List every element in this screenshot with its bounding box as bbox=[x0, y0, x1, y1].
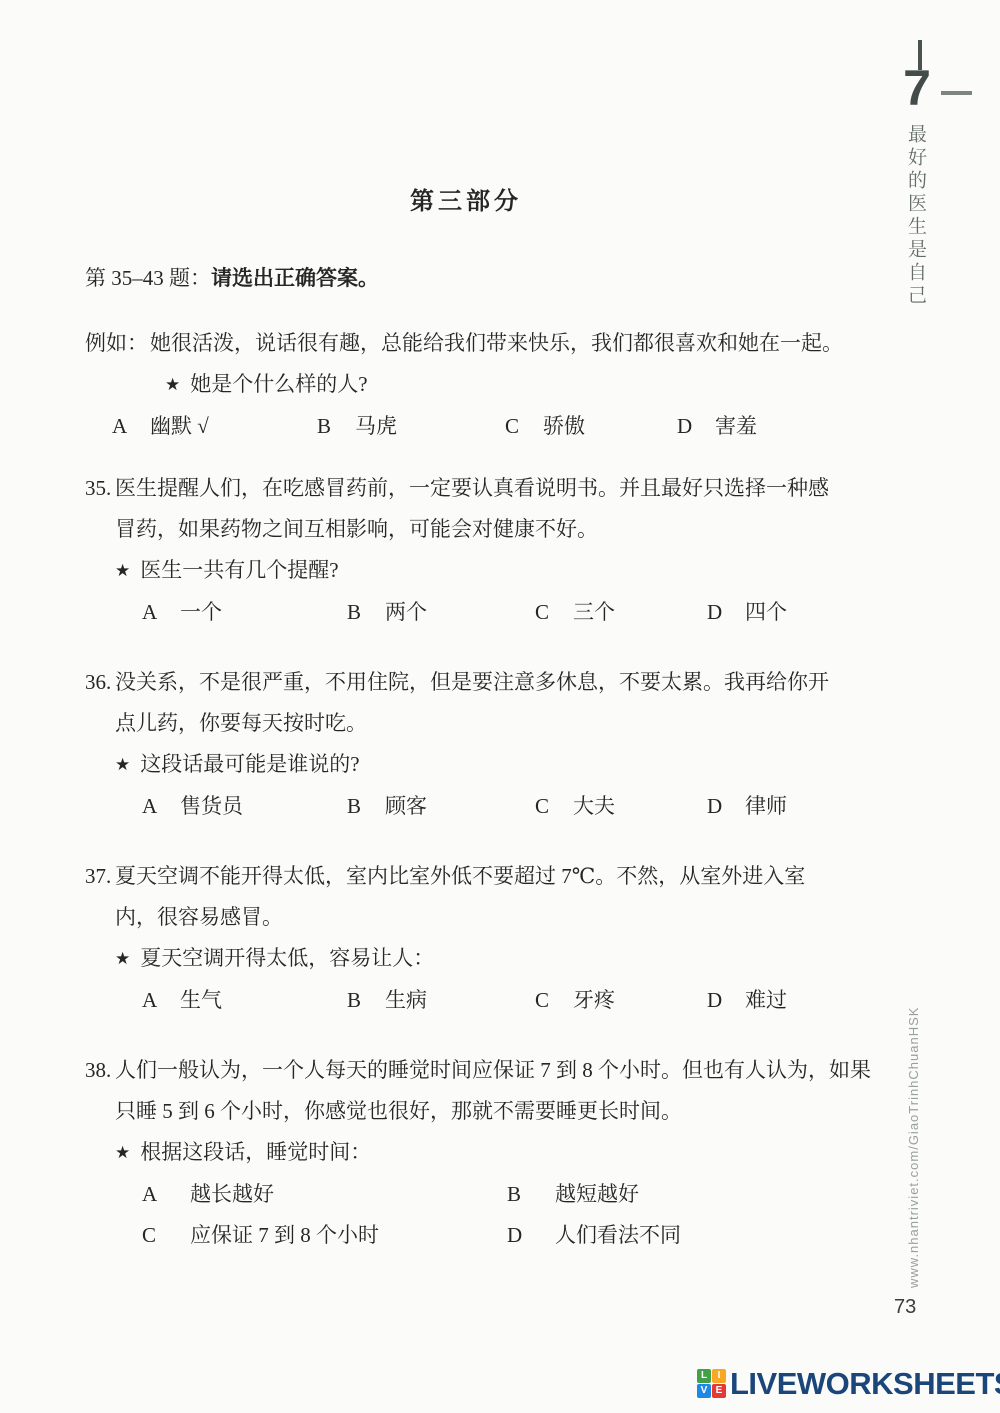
question-35-number: 35. bbox=[85, 468, 115, 633]
chapter-number: 7 bbox=[899, 60, 935, 116]
question-35: 35. 医生提醒人们，在吃感冒药前，一定要认真看说明书。并且最好只选择一种感冒药… bbox=[85, 468, 847, 633]
question-36-option-d[interactable]: D律师 bbox=[707, 786, 787, 827]
section-title: 第三部分 bbox=[85, 182, 847, 223]
question-38-option-c[interactable]: C应保证 7 到 8 个小时 bbox=[142, 1215, 507, 1256]
example-block: 例如： 她很活泼，说话很有趣，总能给我们带来快乐，我们都很喜欢和她在一起。 ★她… bbox=[85, 323, 847, 447]
question-35-passage: 医生提醒人们，在吃感冒药前，一定要认真看说明书。并且最好只选择一种感冒药，如果药… bbox=[115, 468, 847, 550]
question-35-option-d[interactable]: D四个 bbox=[707, 592, 787, 633]
question-37-passage: 夏天空调不能开得太低，室内比室外低不要超过 7℃。不然，从室外进入室内，很容易感… bbox=[115, 856, 847, 938]
instructions-line: 第 35–43 题：请选出正确答案。 bbox=[85, 258, 847, 299]
question-38: 38. 人们一般认为，一个人每天的睡觉时间应保证 7 到 8 个小时。但也有人认… bbox=[85, 1050, 847, 1256]
liveworksheets-wordmark: LIVEWORKSHEETS bbox=[730, 1368, 1000, 1399]
star-icon: ★ bbox=[115, 561, 130, 580]
question-36: 36. 没关系，不是很严重，不用住院，但是要注意多休息，不要太累。我再给你开点儿… bbox=[85, 662, 847, 827]
question-35-question: 医生一共有几个提醒? bbox=[140, 558, 338, 582]
star-icon: ★ bbox=[115, 755, 130, 774]
example-question-line: ★她是个什么样的人? bbox=[85, 364, 847, 406]
question-36-option-a[interactable]: A售货员 bbox=[142, 786, 347, 827]
question-35-question-line: ★医生一共有几个提醒? bbox=[115, 550, 847, 592]
example-passage: 她很活泼，说话很有趣，总能给我们带来快乐，我们都很喜欢和她在一起。 bbox=[150, 323, 847, 364]
page-number: 73 bbox=[894, 1296, 916, 1319]
example-options-row: A幽默 √ B马虎 C骄傲 D害羞 bbox=[85, 406, 847, 447]
example-option-a[interactable]: A幽默 √ bbox=[112, 406, 317, 447]
example-option-d[interactable]: D害羞 bbox=[677, 406, 757, 447]
question-37-option-a[interactable]: A生气 bbox=[142, 980, 347, 1021]
question-37-options-row: A生气 B生病 C牙疼 D难过 bbox=[115, 980, 847, 1021]
question-37-option-b[interactable]: B生病 bbox=[347, 980, 535, 1021]
question-38-option-d[interactable]: D人们看法不同 bbox=[507, 1215, 872, 1256]
example-question: 她是个什么样的人? bbox=[190, 372, 367, 396]
example-label: 例如： bbox=[85, 323, 150, 364]
question-36-passage: 没关系，不是很严重，不用住院，但是要注意多休息，不要太累。我再给你开点儿药，你要… bbox=[115, 662, 847, 744]
question-37-option-c[interactable]: C牙疼 bbox=[535, 980, 707, 1021]
liveworksheets-logo[interactable]: L I V E LIVEWORKSHEETS bbox=[697, 1368, 1000, 1399]
question-38-number: 38. bbox=[85, 1050, 115, 1256]
star-icon: ★ bbox=[165, 375, 180, 394]
question-35-option-a[interactable]: A一个 bbox=[142, 592, 347, 633]
question-36-question-line: ★这段话最可能是谁说的? bbox=[115, 744, 847, 786]
chapter-dash bbox=[941, 91, 972, 95]
liveworksheets-logo-icon: L I V E bbox=[697, 1369, 726, 1398]
question-37-option-d[interactable]: D难过 bbox=[707, 980, 787, 1021]
question-35-option-b[interactable]: B两个 bbox=[347, 592, 535, 633]
question-35-option-c[interactable]: C三个 bbox=[535, 592, 707, 633]
star-icon: ★ bbox=[115, 949, 130, 968]
question-38-option-a[interactable]: A越长越好 bbox=[142, 1174, 507, 1215]
chapter-vertical-title: 最好的医生是自己 bbox=[902, 124, 929, 308]
question-37: 37. 夏天空调不能开得太低，室内比室外低不要超过 7℃。不然，从室外进入室内，… bbox=[85, 856, 847, 1021]
instructions-range: 第 35–43 题： bbox=[85, 266, 211, 290]
question-36-option-b[interactable]: B顾客 bbox=[347, 786, 535, 827]
question-36-option-c[interactable]: C大夫 bbox=[535, 786, 707, 827]
question-35-options-row: A一个 B两个 C三个 D四个 bbox=[115, 592, 847, 633]
question-38-options: A越长越好 B越短越好 C应保证 7 到 8 个小时 D人们看法不同 bbox=[115, 1174, 872, 1256]
question-37-question-line: ★夏天空调开得太低，容易让人： bbox=[115, 938, 847, 980]
instructions-text: 请选出正确答案。 bbox=[211, 266, 379, 290]
question-38-option-b[interactable]: B越短越好 bbox=[507, 1174, 872, 1215]
question-38-question-line: ★根据这段话，睡觉时间： bbox=[115, 1132, 872, 1174]
exam-page-content: 第三部分 第 35–43 题：请选出正确答案。 例如： 她很活泼，说话很有趣，总… bbox=[85, 182, 847, 1285]
question-36-question: 这段话最可能是谁说的? bbox=[140, 752, 359, 776]
star-icon: ★ bbox=[115, 1143, 130, 1162]
question-36-number: 36. bbox=[85, 662, 115, 827]
example-option-c[interactable]: C骄傲 bbox=[505, 406, 677, 447]
publisher-watermark: www.nhantriviet.com/GiaoTrinhChuanHSK bbox=[906, 993, 921, 1288]
question-37-number: 37. bbox=[85, 856, 115, 1021]
question-38-question: 根据这段话，睡觉时间： bbox=[140, 1140, 371, 1164]
question-38-passage: 人们一般认为，一个人每天的睡觉时间应保证 7 到 8 个小时。但也有人认为，如果… bbox=[115, 1050, 872, 1132]
question-37-question: 夏天空调开得太低，容易让人： bbox=[140, 946, 434, 970]
example-option-b[interactable]: B马虎 bbox=[317, 406, 505, 447]
question-36-options-row: A售货员 B顾客 C大夫 D律师 bbox=[115, 786, 847, 827]
